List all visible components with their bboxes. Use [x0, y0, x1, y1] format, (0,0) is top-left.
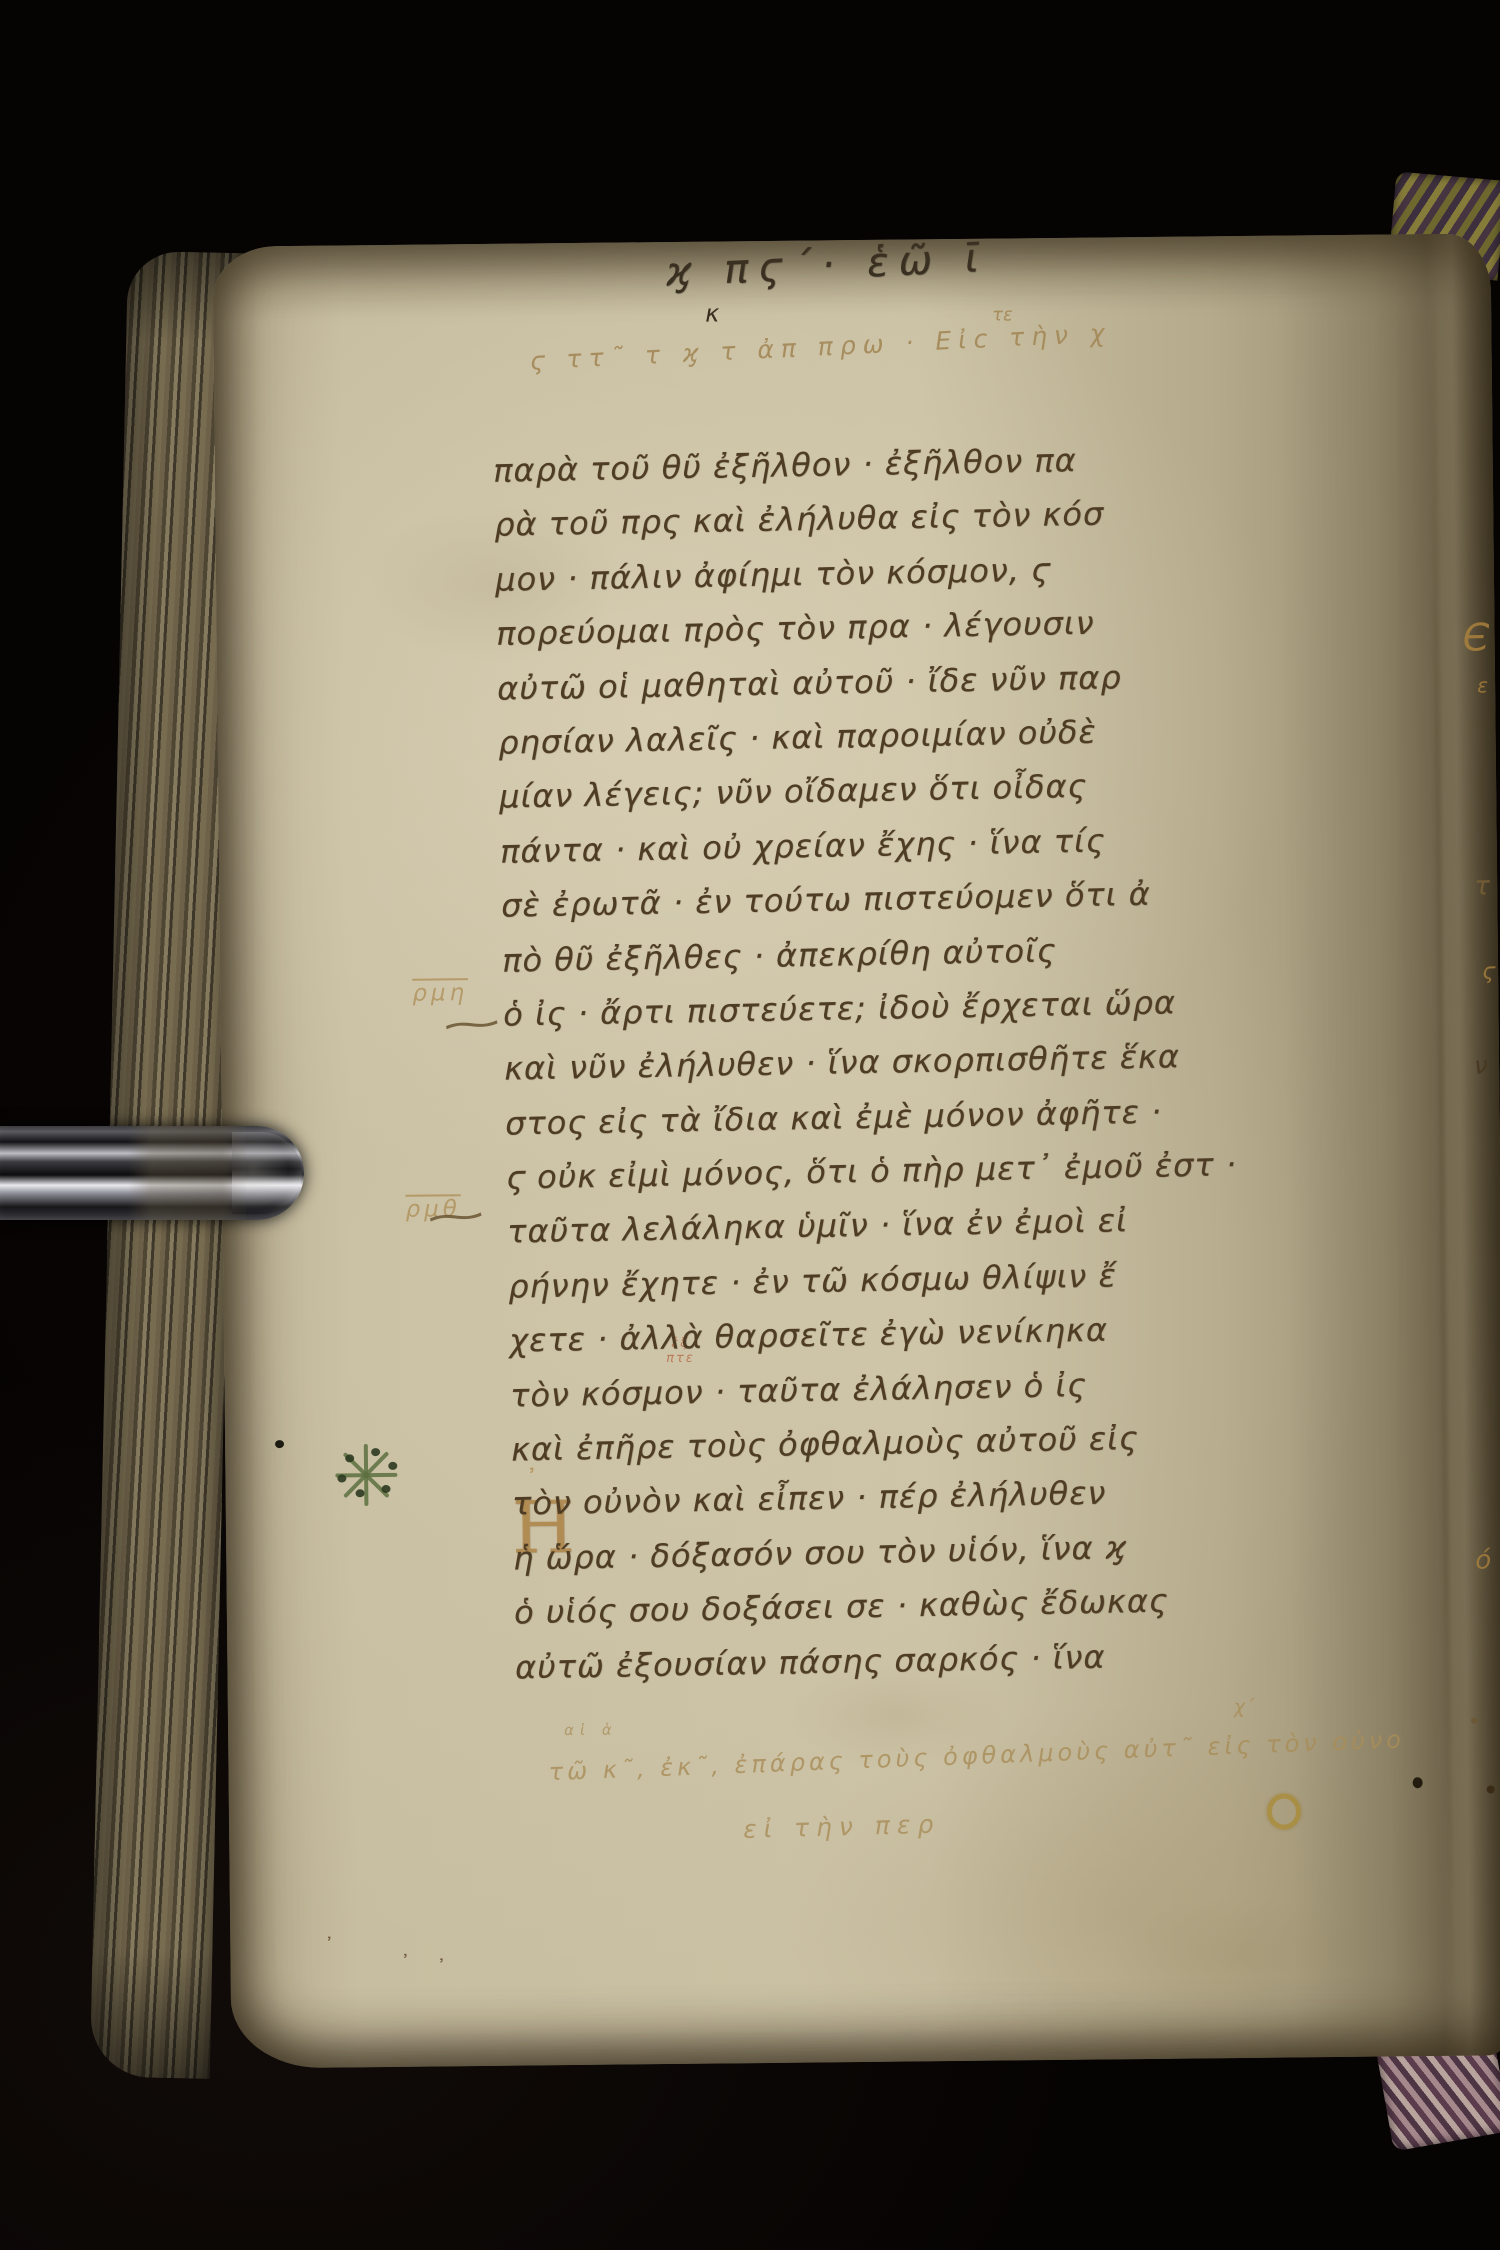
manuscript-photo: ϗ πϛ´· ἑῶ ῑ κ ϛ ττ῀ τ ϗ τ ἀπ πρω · Εἰϲ τ…	[0, 0, 1500, 2250]
tiny-pen-tick: ᾿	[324, 1934, 334, 1958]
yellow-ring-mark-icon	[1267, 1793, 1301, 1829]
manuscript-page: ϗ πϛ´· ἑῶ ῑ κ ϛ ττ῀ τ ϗ τ ἀπ πρω · Εἰϲ τ…	[212, 233, 1500, 2068]
quire-gathering-submark: κ	[705, 299, 719, 327]
glass-rod-refraction	[128, 1126, 246, 1220]
green-star-ornament-icon	[333, 1445, 400, 1506]
footer-lection-note-line2: εἰ τὴν περ	[743, 1809, 941, 1843]
facing-page-letter-fragment: ό	[1475, 1545, 1491, 1575]
facing-page-letter-fragment: ν	[1474, 1051, 1488, 1079]
paragraphos-squiggle: ~	[432, 1002, 511, 1047]
wormhole	[1413, 1777, 1423, 1788]
facing-page-letter-fragment: ϛ	[1482, 959, 1495, 984]
facing-page-letter-fragment: Є	[1462, 615, 1489, 659]
main-text-block: παρὰ τοῦ θῦ ἐξῆλθον · ἐξῆλθον πα ρὰ τοῦ …	[493, 426, 1500, 1695]
facing-page-letter-fragment: τ	[1474, 871, 1490, 901]
glass-rod-tip	[232, 1132, 302, 1214]
lection-rubric: ϛ ττ῀ τ ϗ τ ἀπ πρω · Εἰϲ τὴν χ	[529, 318, 1112, 375]
paragraphos-squiggle: ~	[416, 1194, 495, 1239]
footer-note-right-mark: χ´	[1234, 1696, 1255, 1718]
glass-rod-page-holder	[0, 1126, 304, 1220]
footer-note-superscript: αἱ ἁ	[564, 1721, 618, 1740]
tiny-pen-tick: ᾿	[400, 1951, 410, 1975]
parchment-speck	[1471, 1718, 1478, 1724]
ammonian-section-number-1: ρμη	[412, 980, 468, 1007]
tiny-pen-tick: ᾿	[436, 1955, 446, 1979]
lection-rubric-superscript: τε	[992, 304, 1013, 325]
wormhole	[1487, 1785, 1495, 1793]
ink-dot	[275, 1440, 284, 1448]
facing-page-letter-fragment: ε	[1477, 673, 1488, 697]
